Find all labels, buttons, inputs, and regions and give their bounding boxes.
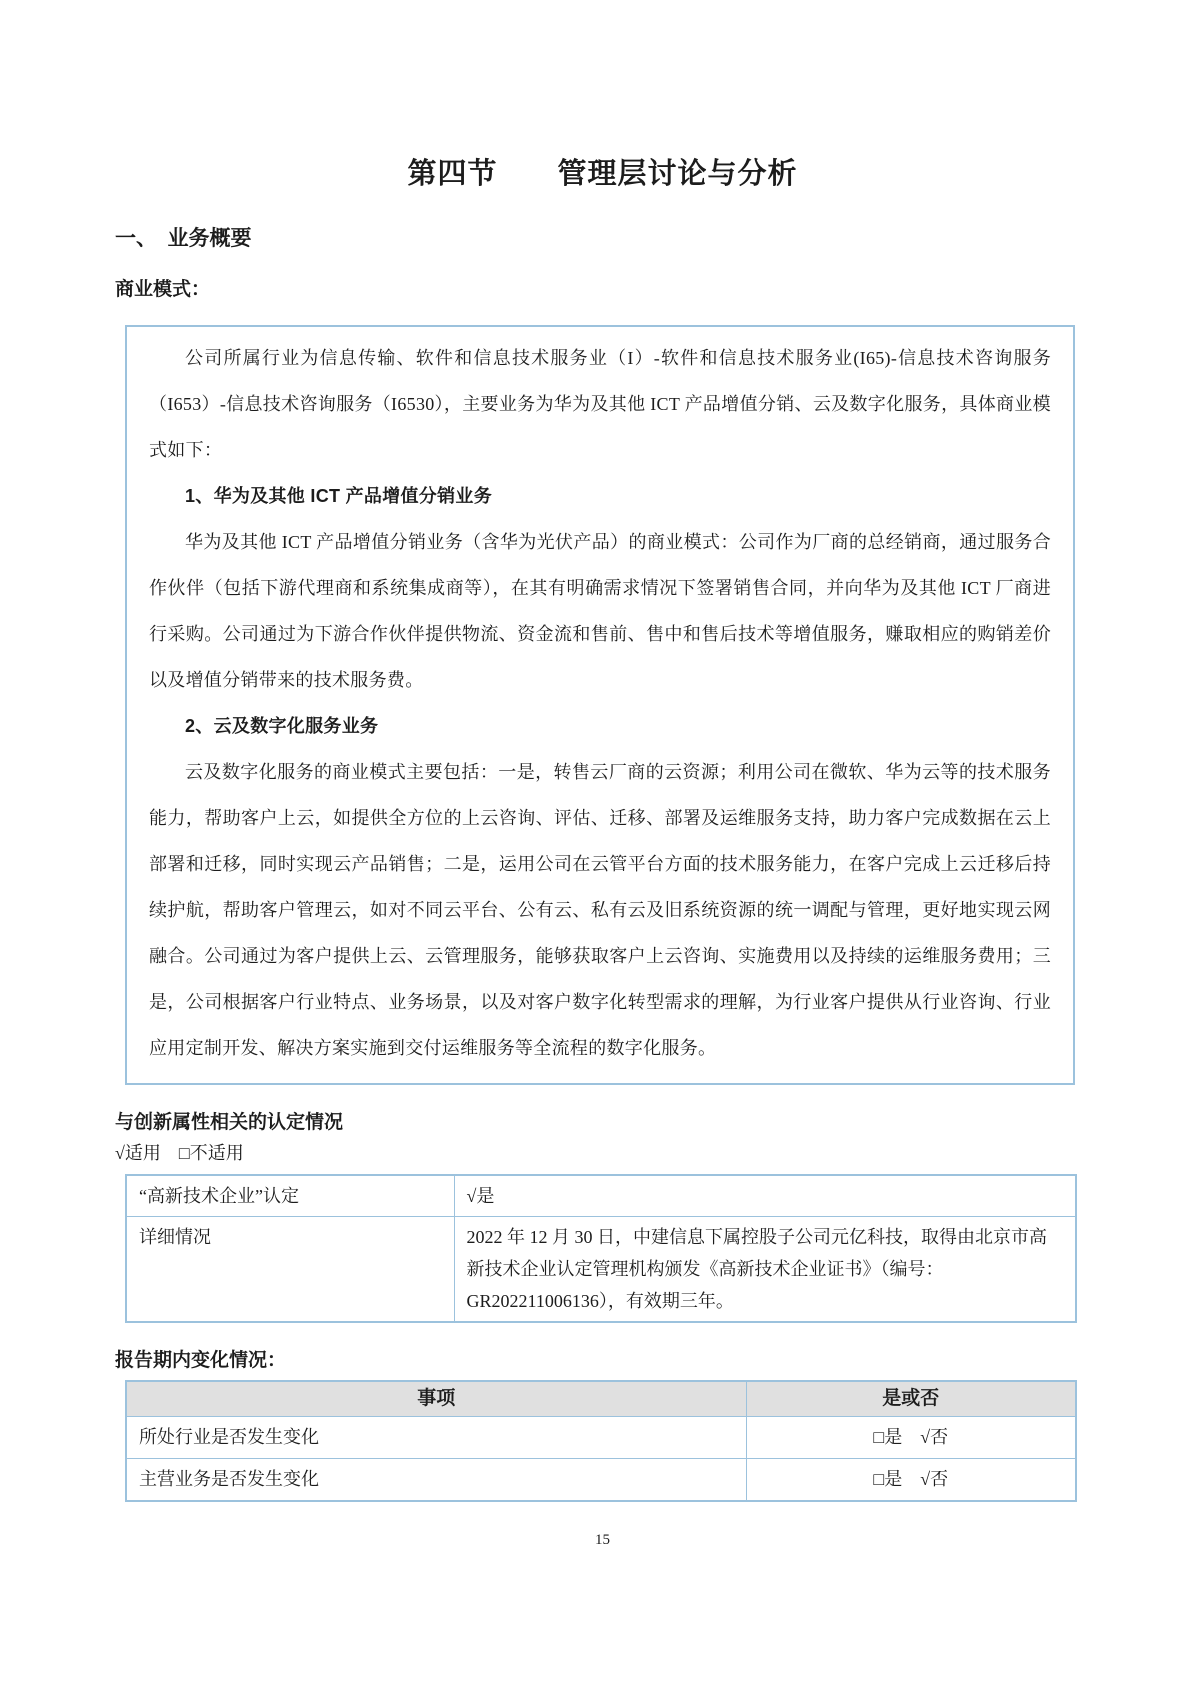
business-model-subheading-1: 1、华为及其他 ICT 产品增值分销业务 <box>149 473 1051 519</box>
business-model-label: 商业模式： <box>115 278 1090 301</box>
table-row: “高新技术企业”认定 √是 <box>126 1175 1076 1217</box>
page-content: 第四节 管理层讨论与分析 一、 业务概要 商业模式： 公司所属行业为信息传输、软… <box>0 0 1200 1549</box>
changes-heading: 报告期内变化情况： <box>115 1349 1090 1372</box>
row-label-cell: “高新技术企业”认定 <box>126 1175 454 1217</box>
row-yesno-cell: □是 √否 <box>746 1417 1076 1459</box>
row-yesno-cell: □是 √否 <box>746 1459 1076 1502</box>
column-header-item: 事项 <box>126 1381 746 1417</box>
business-model-paragraph-2: 华为及其他 ICT 产品增值分销业务（含华为光伏产品）的商业模式：公司作为厂商的… <box>149 519 1051 703</box>
business-model-subheading-2: 2、云及数字化服务业务 <box>149 703 1051 749</box>
table-row: 所处行业是否发生变化 □是 √否 <box>126 1417 1076 1459</box>
row-value-cell: 2022 年 12 月 30 日，中建信息下属控股子公司元亿科技，取得由北京市高… <box>454 1217 1076 1323</box>
applicability-line: √适用 □不适用 <box>115 1140 1090 1166</box>
business-model-paragraph-3: 云及数字化服务的商业模式主要包括：一是，转售云厂商的云资源；利用公司在微软、华为… <box>149 749 1051 1071</box>
page-number: 15 <box>115 1532 1090 1549</box>
row-item-cell: 主营业务是否发生变化 <box>126 1459 746 1502</box>
row-item-cell: 所处行业是否发生变化 <box>126 1417 746 1459</box>
row-value-cell: √是 <box>454 1175 1076 1217</box>
innovation-table: “高新技术企业”认定 √是 详细情况 2022 年 12 月 30 日，中建信息… <box>125 1174 1077 1323</box>
table-row: 主营业务是否发生变化 □是 √否 <box>126 1459 1076 1502</box>
changes-table: 事项 是或否 所处行业是否发生变化 □是 √否 主营业务是否发生变化 □是 √否 <box>125 1380 1077 1502</box>
document-page: 第四节 管理层讨论与分析 一、 业务概要 商业模式： 公司所属行业为信息传输、软… <box>0 0 1200 1696</box>
innovation-heading: 与创新属性相关的认定情况 <box>115 1111 1090 1134</box>
business-model-paragraph-1: 公司所属行业为信息传输、软件和信息技术服务业（I）-软件和信息技术服务业(I65… <box>149 335 1051 473</box>
table-header-row: 事项 是或否 <box>126 1381 1076 1417</box>
business-model-box: 公司所属行业为信息传输、软件和信息技术服务业（I）-软件和信息技术服务业(I65… <box>125 325 1075 1085</box>
table-row: 详细情况 2022 年 12 月 30 日，中建信息下属控股子公司元亿科技，取得… <box>126 1217 1076 1323</box>
section-title: 第四节 管理层讨论与分析 <box>115 0 1090 192</box>
row-label-cell: 详细情况 <box>126 1217 454 1323</box>
column-header-yesno: 是或否 <box>746 1381 1076 1417</box>
overview-heading: 一、 业务概要 <box>115 226 1090 252</box>
